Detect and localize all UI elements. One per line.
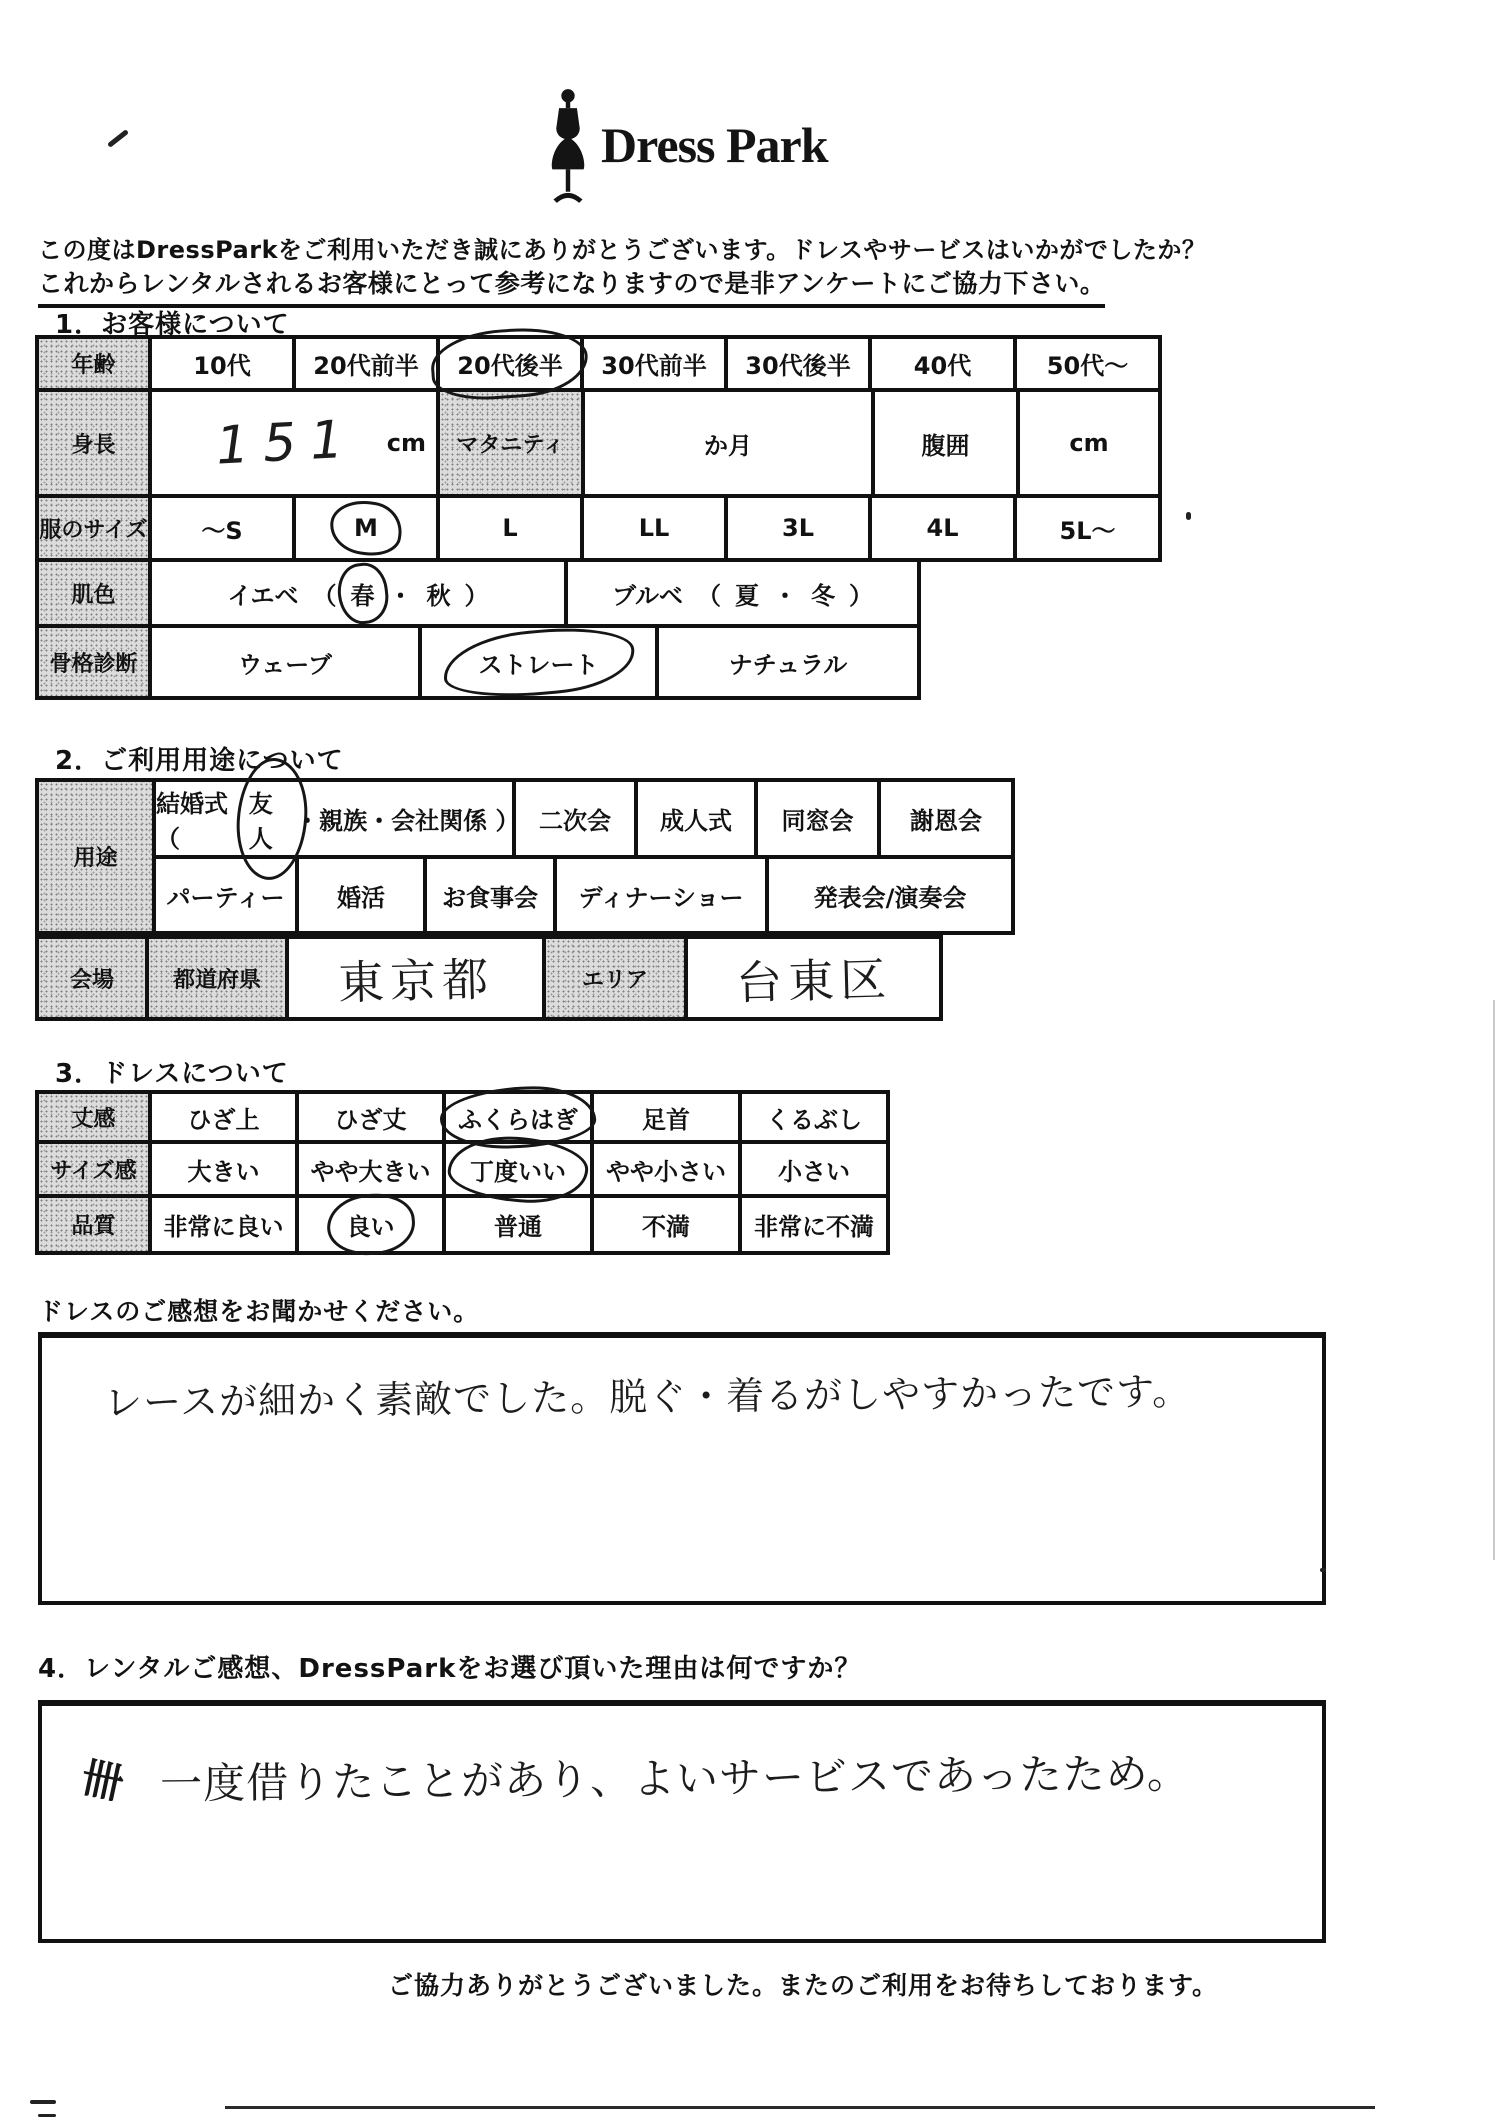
purpose-party: パーティー (156, 859, 299, 931)
length-ankle: 足首 (594, 1094, 742, 1140)
age-row: 年齢 10代 20代前半 20代後半 30代前半 30代後半 40代 50代～ (35, 335, 1162, 392)
length-label: 丈感 (71, 1102, 115, 1133)
quality-label: 品質 (71, 1209, 115, 1240)
length-option-label: ひざ丈 (335, 1100, 407, 1135)
age-option-label: 50代～ (1047, 346, 1128, 381)
fit-option-label: やや小さい (606, 1152, 726, 1187)
area-value-cell: 台東区 (688, 939, 939, 1017)
age-option-40s: 40代 (872, 339, 1017, 388)
skeleton-option-straight-selected: ストレート (422, 628, 659, 696)
fit-option-label-circled: 丁度いい (470, 1152, 566, 1187)
rental-reason-box: 卌 一度借りたことがあり、よいサービスであったため。 (38, 1700, 1326, 1943)
purpose-option-label: ディナーショー (578, 878, 743, 913)
purpose-matchmaking: 婚活 (299, 859, 427, 931)
waist-unit-cell: cm (1020, 392, 1162, 494)
age-option-label: 30代後半 (745, 346, 850, 381)
fit-just-right-selected: 丁度いい (446, 1144, 594, 1194)
scribble-mark: 卌 (76, 1744, 130, 1811)
height-label: 身長 (71, 428, 115, 459)
skin-tone-row: 肌色 イエベ （ 春 ・ 秋 ） ブルベ （ 夏 ・ 冬 ） (35, 562, 921, 628)
quality-option-label: 普通 (494, 1207, 542, 1242)
purpose-dinner-show: ディナーショー (557, 859, 769, 931)
purpose-option-label: パーティー (166, 878, 284, 913)
age-option-50s: 50代～ (1017, 339, 1162, 388)
scan-speck (1186, 512, 1191, 520)
length-calf-selected: ふくらはぎ (446, 1094, 594, 1140)
purpose-coming-of-age: 成人式 (638, 782, 758, 855)
age-option-10s: 10代 (152, 339, 296, 388)
age-label: 年齢 (71, 348, 115, 379)
height-row: 身長 151 cm マタニティ か月 腹囲 cm (35, 392, 1162, 498)
section4-title: 4．レンタルご感想、DressParkをお選び頂いた理由は何ですか？ (38, 1648, 861, 1685)
yellow-base-label: イエベ (227, 576, 298, 611)
height-row-header: 身長 (39, 392, 152, 494)
scan-edge-line (1493, 1000, 1495, 1560)
length-option-label: 足首 (642, 1100, 690, 1135)
dress-comment-handwritten-answer: レースが細かく素敵でした。脱ぐ・着るがしやすかったです。 (104, 1360, 1192, 1426)
height-value-cell: 151 cm (152, 392, 440, 494)
wedding-prefix: 結婚式（ (156, 784, 249, 854)
length-row: 丈感 ひざ上 ひざ丈 ふくらはぎ 足首 くるぶし (35, 1090, 890, 1144)
purpose-option-label: お食事会 (442, 878, 538, 913)
purpose-afterparty: 二次会 (516, 782, 638, 855)
scan-bottom-dash (38, 2114, 56, 2117)
purpose-option-label: 成人式 (660, 801, 732, 836)
autumn-label: 秋 (427, 576, 451, 611)
pen-tick-mark (107, 129, 129, 148)
scan-bottom-line (225, 2106, 1375, 2109)
skeleton-row-header: 骨格診断 (39, 628, 152, 696)
footer-thanks-text: ご協力ありがとうございました。またのご利用をお待ちしております。 (388, 1966, 1218, 2002)
purpose-option-label: 謝恩会 (910, 801, 982, 836)
quality-good-selected: 良い (299, 1198, 446, 1251)
purpose-thanks-party: 謝恩会 (881, 782, 1011, 855)
size-option-label: ～S (201, 511, 242, 546)
quality-option-label: 非常に不満 (754, 1207, 874, 1242)
size-option-l: L (440, 498, 584, 558)
quality-option-label: 非常に良い (164, 1207, 284, 1242)
quality-normal: 普通 (446, 1198, 594, 1251)
size-option-label: 5L～ (1060, 511, 1116, 546)
skeleton-option-wave: ウェーブ (152, 628, 422, 696)
months-label: か月 (704, 426, 752, 461)
skeleton-label: 骨格診断 (49, 647, 137, 678)
fit-large: 大きい (152, 1144, 299, 1194)
height-handwritten-value: 151 (215, 409, 359, 476)
size-option-label-circled: M (354, 514, 378, 542)
size-option-label: L (502, 514, 517, 542)
quality-very-good: 非常に良い (152, 1198, 299, 1251)
blue-base-label: ブルベ (612, 576, 683, 611)
area-header: エリア (546, 939, 688, 1017)
age-option-late20s-selected: 20代後半 (440, 339, 584, 388)
length-option-label-circled: ふくらはぎ (458, 1100, 578, 1135)
fit-slightly-small: やや小さい (594, 1144, 742, 1194)
fit-row: サイズ感 大きい やや大きい 丁度いい やや小さい 小さい (35, 1144, 890, 1198)
quality-option-label-circled: 良い (347, 1207, 395, 1242)
prefecture-handwritten-value: 東京都 (337, 943, 495, 1013)
separator-dot: ・ (773, 576, 797, 611)
age-option-late30s: 30代後半 (728, 339, 872, 388)
purpose-table: 用途 結婚式（ 友人 ・親族・会社関係 ） 二次会 成人式 同窓会 謝恩会 パー… (35, 778, 1015, 935)
purpose-header: 用途 (39, 782, 156, 931)
area-label: エリア (582, 963, 648, 994)
purpose-row-2: パーティー 婚活 お食事会 ディナーショー 発表会/演奏会 (156, 859, 1011, 931)
purpose-option-label: 婚活 (337, 878, 385, 913)
venue-header: 会場 (39, 939, 149, 1017)
age-option-label: 20代前半 (313, 346, 418, 381)
fit-small: 小さい (742, 1144, 890, 1194)
prefecture-header: 都道府県 (149, 939, 289, 1017)
customer-table-sub: 肌色 イエベ （ 春 ・ 秋 ） ブルベ （ 夏 ・ 冬 ） 骨格診断 ウェーブ… (35, 562, 921, 700)
skeleton-option-label: ウェーブ (238, 645, 332, 680)
skeleton-row: 骨格診断 ウェーブ ストレート ナチュラル (35, 628, 921, 700)
fit-option-label: 大きい (188, 1152, 260, 1187)
size-option-5l: 5L～ (1017, 498, 1162, 558)
purpose-row-1: 結婚式（ 友人 ・親族・会社関係 ） 二次会 成人式 同窓会 謝恩会 (156, 782, 1011, 859)
venue-label: 会場 (70, 963, 114, 994)
size-option-3l: 3L (728, 498, 872, 558)
age-option-label: 10代 (193, 346, 250, 381)
age-option-early30s: 30代前半 (584, 339, 728, 388)
skin-blue-base-cell: ブルベ （ 夏 ・ 冬 ） (568, 562, 921, 624)
paren-close: ） (465, 576, 489, 611)
customer-table-main: 年齢 10代 20代前半 20代後半 30代前半 30代後半 40代 50代～ … (35, 335, 1162, 562)
dress-mannequin-icon (545, 88, 591, 208)
purpose-option-label: 発表会/演奏会 (814, 878, 967, 913)
rental-reason-handwritten-answer: 一度借りたことがあり、よいサービスであったため。 (160, 1741, 1190, 1812)
age-option-label-circled: 20代後半 (457, 346, 562, 381)
area-handwritten-value: 台東区 (735, 943, 893, 1013)
waist-label-cell: 腹囲 (875, 392, 1020, 494)
dress-comment-box: レースが細かく素敵でした。脱ぐ・着るがしやすかったです。 (38, 1332, 1326, 1605)
maternity-months-cell: か月 (585, 392, 875, 494)
fit-option-label: やや大きい (311, 1152, 431, 1187)
length-above-knee: ひざ上 (152, 1094, 299, 1140)
length-row-header: 丈感 (39, 1094, 152, 1140)
size-option-m-selected: M (296, 498, 440, 558)
logo: Dress Park (545, 88, 828, 208)
size-option-4l: 4L (872, 498, 1017, 558)
size-option-label: LL (639, 514, 670, 542)
skeleton-option-label-circled: ストレート (479, 645, 599, 680)
maternity-cell: マタニティ (440, 392, 585, 494)
size-label: 服のサイズ (39, 513, 147, 544)
quality-row: 品質 非常に良い 良い 普通 不満 非常に不満 (35, 1198, 890, 1255)
purpose-label: 用途 (73, 841, 117, 872)
paren-close: ） (849, 576, 873, 611)
scan-bottom-dash (30, 2100, 56, 2104)
fit-row-header: サイズ感 (39, 1144, 152, 1194)
length-knee: ひざ丈 (299, 1094, 446, 1140)
intro-line-2: これからレンタルされるお客様にとって参考になりますので是非アンケートにご協力下さ… (38, 264, 1105, 308)
length-option-label: くるぶし (766, 1100, 862, 1135)
height-unit-label: cm (387, 429, 426, 457)
paren-open: （ (697, 576, 721, 611)
intro-line-1: この度はDressParkをご利用いただき誠にありがとうございます。ドレスやサー… (38, 230, 1206, 265)
quality-dissatisfied: 不満 (594, 1198, 742, 1251)
age-option-label: 40代 (914, 346, 971, 381)
purpose-option-label: 二次会 (539, 801, 611, 836)
age-option-early20s: 20代前半 (296, 339, 440, 388)
wedding-suffix: ・親族・会社関係 ） (295, 801, 512, 836)
skeleton-option-natural: ナチュラル (659, 628, 921, 696)
skin-label: 肌色 (71, 578, 115, 609)
quality-option-label: 不満 (642, 1207, 690, 1242)
purpose-wedding-cell: 結婚式（ 友人 ・親族・会社関係 ） (156, 782, 516, 855)
clothing-size-row: 服のサイズ ～S M L LL 3L 4L 5L～ (35, 498, 1162, 562)
questionnaire-scan-page: Dress Park この度はDressParkをご利用いただき誠にありがとうご… (0, 0, 1500, 2127)
waist-unit-label: cm (1069, 429, 1108, 457)
fit-label: サイズ感 (50, 1154, 136, 1185)
dress-table: 丈感 ひざ上 ひざ丈 ふくらはぎ 足首 くるぶし サイズ感 大きい やや大きい … (35, 1090, 890, 1255)
size-option-s: ～S (152, 498, 296, 558)
maternity-label: マタニティ (456, 428, 564, 459)
quality-row-header: 品質 (39, 1198, 152, 1251)
size-row-header: 服のサイズ (39, 498, 152, 558)
skeleton-option-label: ナチュラル (729, 645, 848, 680)
dress-comment-prompt: ドレスのご感想をお聞かせください。 (38, 1292, 479, 1328)
paren-open: （ (313, 576, 337, 611)
venue-table: 会場 都道府県 東京都 エリア 台東区 (35, 935, 943, 1021)
size-option-label: 3L (782, 514, 814, 542)
fit-option-label: 小さい (778, 1152, 850, 1187)
section3-title: 3．ドレスについて (55, 1053, 289, 1090)
waist-label: 腹囲 (922, 426, 970, 461)
separator-dot: ・ (389, 576, 413, 611)
skin-yellow-base-cell: イエベ （ 春 ・ 秋 ） (152, 562, 568, 624)
wedding-friend-circled: 友人 (249, 784, 295, 854)
prefecture-label: 都道府県 (173, 963, 261, 994)
winter-label: 冬 (811, 576, 835, 611)
quality-very-dissatisfied: 非常に不満 (742, 1198, 890, 1251)
length-option-label: ひざ上 (188, 1100, 260, 1135)
age-row-header: 年齢 (39, 339, 152, 388)
scan-speck (1320, 1568, 1326, 1572)
logo-text: Dress Park (601, 116, 828, 174)
purpose-recital: 発表会/演奏会 (769, 859, 1011, 931)
size-option-label: 4L (927, 514, 959, 542)
section2-title: 2．ご利用用途について (55, 740, 344, 777)
spring-label-circled: 春 (351, 576, 375, 611)
summer-label: 夏 (735, 576, 759, 611)
length-anklebone: くるぶし (742, 1094, 890, 1140)
skin-row-header: 肌色 (39, 562, 152, 624)
prefecture-value-cell: 東京都 (289, 939, 546, 1017)
age-option-label: 30代前半 (601, 346, 706, 381)
purpose-reunion: 同窓会 (758, 782, 881, 855)
size-option-ll: LL (584, 498, 728, 558)
purpose-option-label: 同窓会 (782, 801, 854, 836)
fit-slightly-large: やや大きい (299, 1144, 446, 1194)
purpose-dinner: お食事会 (427, 859, 557, 931)
